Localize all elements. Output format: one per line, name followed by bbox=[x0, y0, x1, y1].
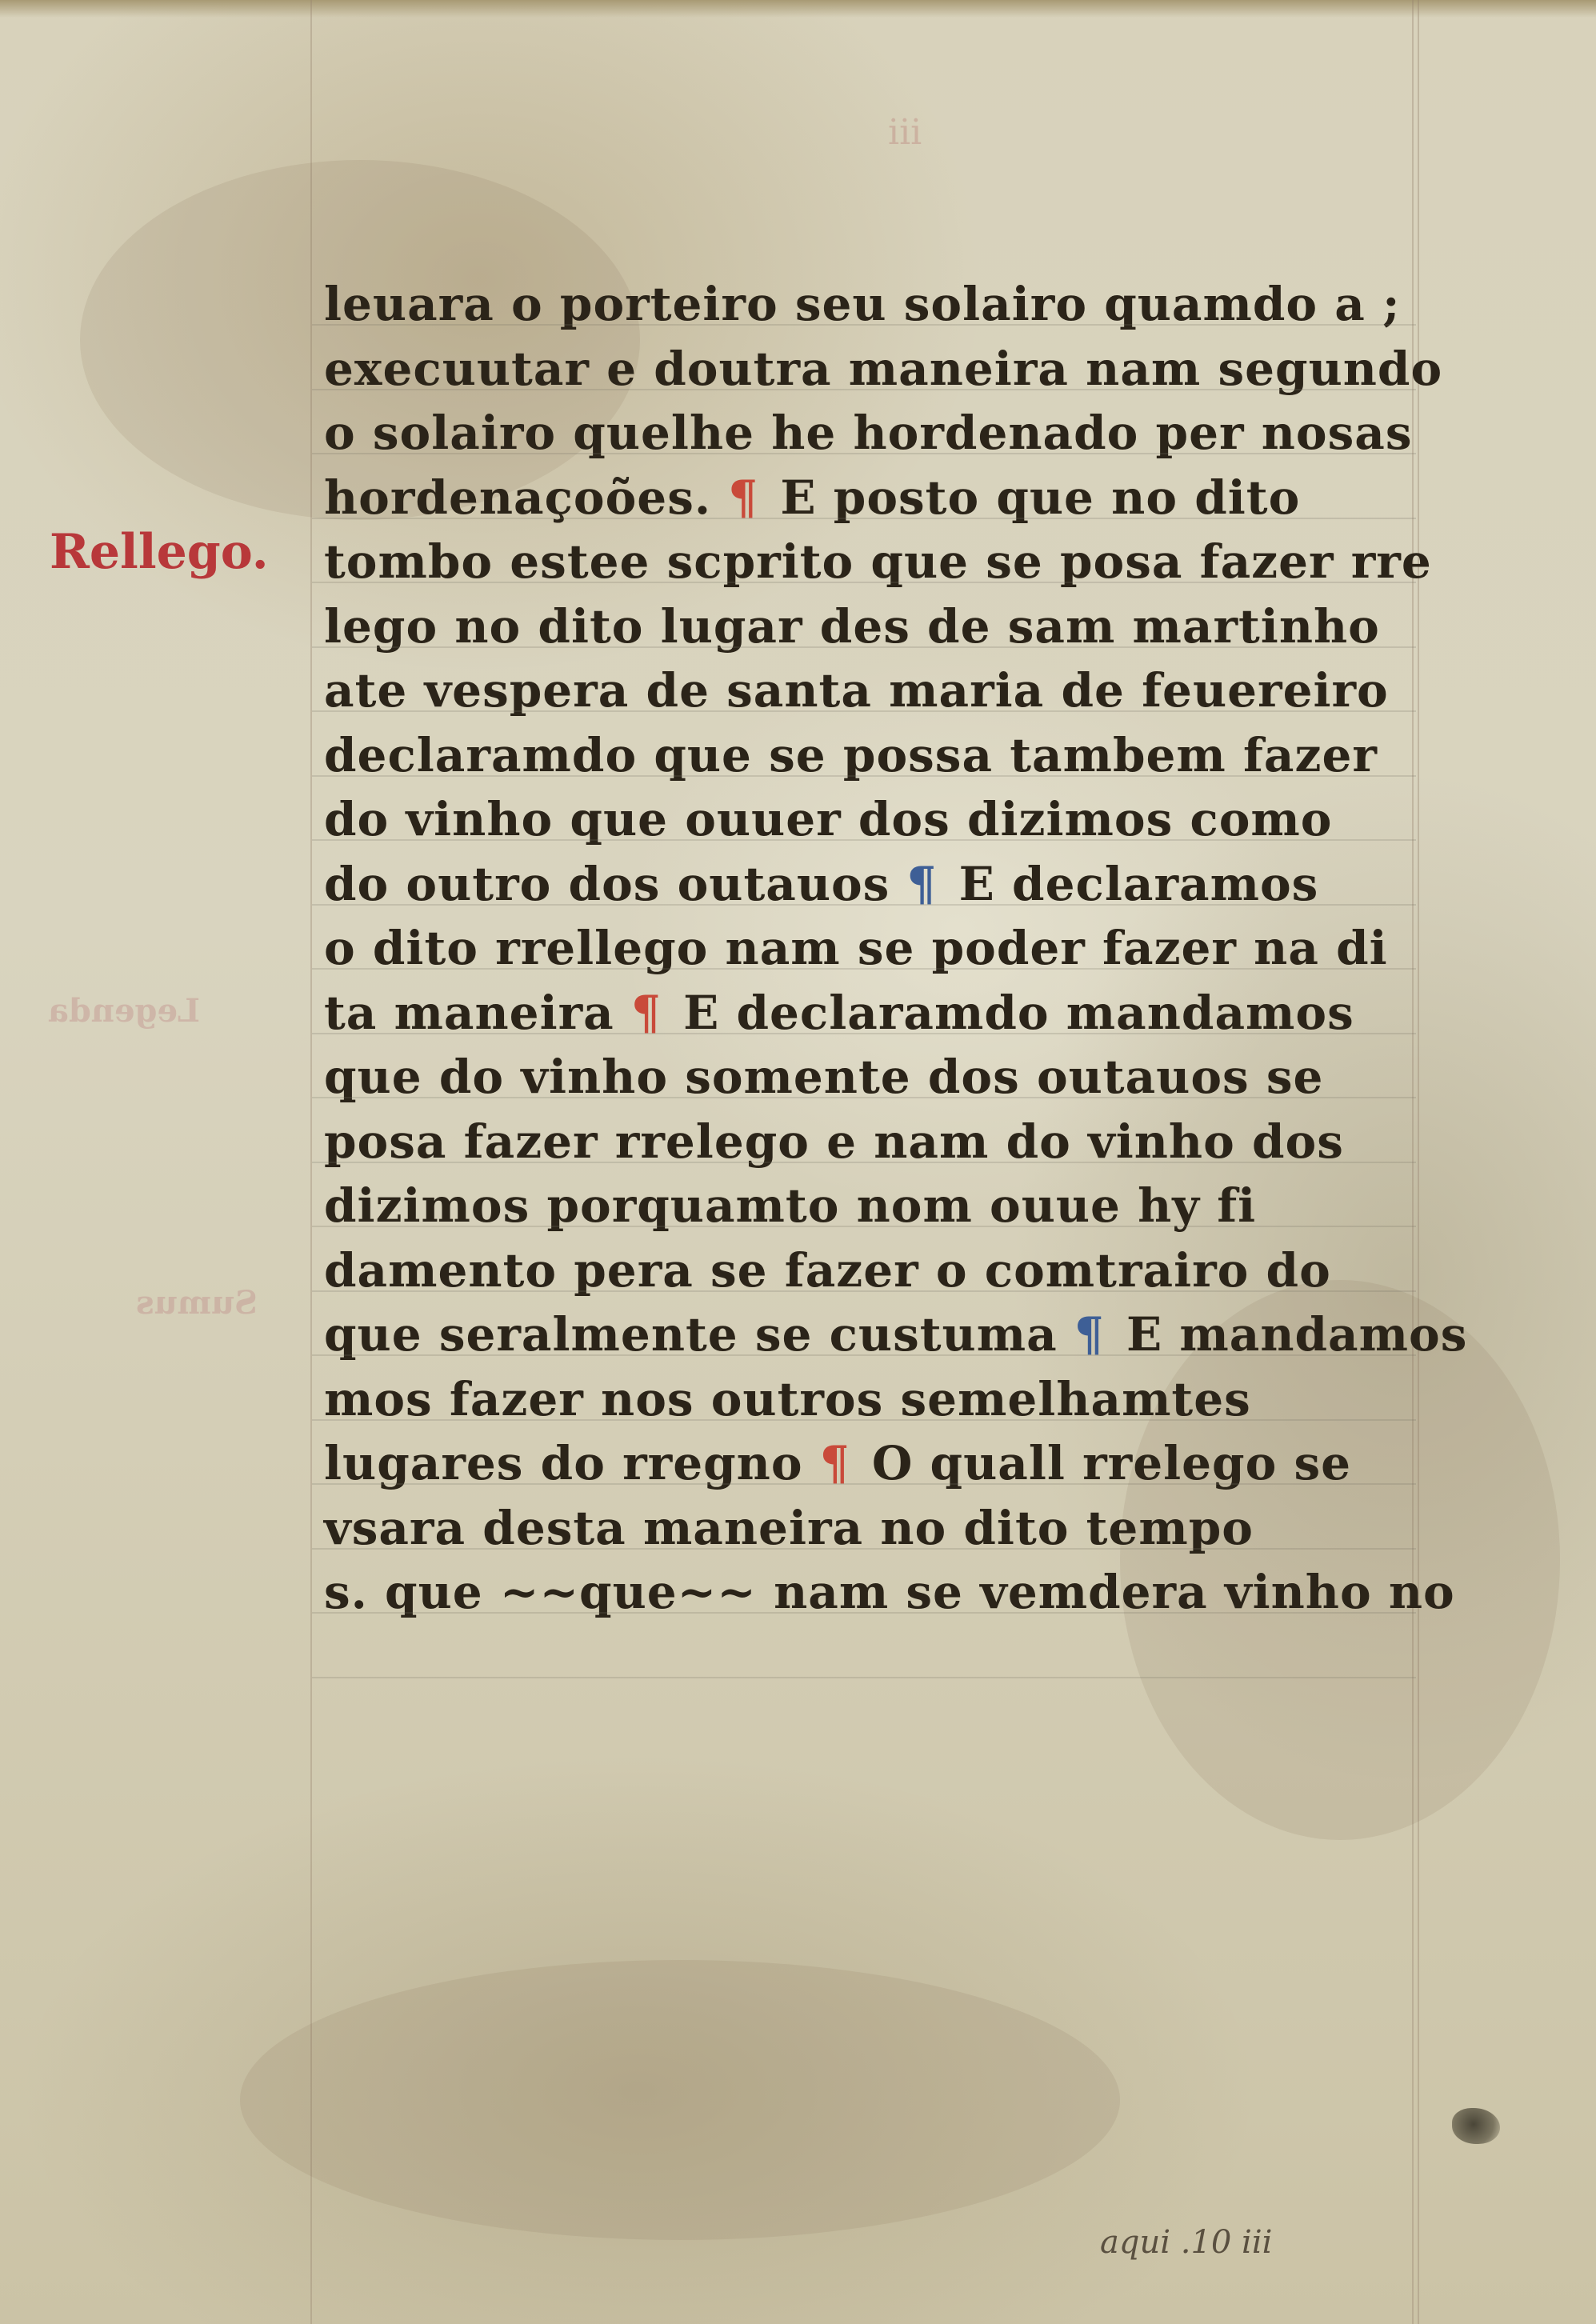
text-line: vsara desta maneira no dito tempo bbox=[324, 1496, 1444, 1561]
show-through-text: Sumus bbox=[136, 1284, 258, 1322]
marginal-rubric: Rellego. bbox=[50, 524, 269, 580]
horizontal-ruling-line bbox=[312, 518, 1416, 519]
page-top-edge bbox=[0, 0, 1596, 18]
paraph-mark-red: ¶ bbox=[631, 981, 662, 1046]
line-text: E mandamos bbox=[1126, 1307, 1467, 1362]
text-line: do outro dos outauos ¶ E declaramos bbox=[324, 852, 1444, 917]
show-through-text: Legenda bbox=[48, 992, 200, 1030]
text-line: declaramdo que se possa tambem fazer bbox=[324, 723, 1444, 788]
horizontal-ruling-line bbox=[312, 968, 1416, 970]
text-line: ate vespera de santa maria de feuereiro bbox=[324, 658, 1444, 723]
paraph-mark-blue: ¶ bbox=[1074, 1302, 1105, 1367]
horizontal-ruling-line bbox=[312, 389, 1416, 390]
horizontal-ruling-line bbox=[312, 1419, 1416, 1421]
line-text: lugares do rregno bbox=[324, 1436, 803, 1490]
horizontal-ruling-line bbox=[312, 1290, 1416, 1292]
text-line: tombo estee scprito que se posa fazer rr… bbox=[324, 530, 1444, 594]
text-line: o solairo quelhe he hordenado per nosas bbox=[324, 401, 1444, 466]
horizontal-ruling-line bbox=[312, 1677, 1416, 1678]
horizontal-ruling-line bbox=[312, 1483, 1416, 1485]
text-line: que seralmente se custuma ¶ E mandamos bbox=[324, 1302, 1444, 1367]
horizontal-ruling-line bbox=[312, 1033, 1416, 1034]
line-text: O quall rrelego se bbox=[872, 1436, 1351, 1490]
line-text: que seralmente se custuma bbox=[324, 1307, 1058, 1362]
paraph-mark-red: ¶ bbox=[820, 1431, 850, 1496]
text-line: hordenaçoões. ¶ E posto que no dito bbox=[324, 466, 1444, 530]
horizontal-ruling-line bbox=[312, 646, 1416, 648]
stain bbox=[240, 1960, 1120, 2240]
text-line: damento pera se fazer o comtrairo do bbox=[324, 1238, 1444, 1303]
horizontal-ruling-line bbox=[312, 1548, 1416, 1550]
text-line: leuara o porteiro seu solairo quamdo a ; bbox=[324, 272, 1444, 337]
horizontal-ruling-line bbox=[312, 710, 1416, 712]
folio-number: iii bbox=[888, 112, 922, 153]
text-block: leuara o porteiro seu solairo quamdo a ;… bbox=[324, 272, 1444, 1625]
line-text: hordenaçoões. bbox=[324, 470, 711, 525]
text-line: lugares do rregno ¶ O quall rrelego se bbox=[324, 1431, 1444, 1496]
text-line: ta maneira ¶ E declaramdo mandamos bbox=[324, 981, 1444, 1046]
horizontal-ruling-line bbox=[312, 1354, 1416, 1356]
horizontal-ruling-line bbox=[312, 775, 1416, 777]
bottom-annotation: aqui .10 iii bbox=[1100, 2224, 1272, 2261]
horizontal-ruling-line bbox=[312, 1097, 1416, 1098]
parchment-hole bbox=[1452, 2108, 1500, 2144]
line-text: ta maneira bbox=[324, 986, 614, 1040]
horizontal-ruling-line bbox=[312, 1162, 1416, 1163]
text-line: execuutar e doutra maneira nam segundo bbox=[324, 337, 1444, 402]
text-line: lego no dito lugar des de sam martinho bbox=[324, 594, 1444, 659]
paraph-mark-red: ¶ bbox=[728, 466, 758, 530]
horizontal-ruling-line bbox=[312, 1226, 1416, 1227]
text-line: o dito rrellego nam se poder fazer na di bbox=[324, 916, 1444, 981]
horizontal-ruling-line bbox=[312, 904, 1416, 906]
line-text: E declaramos bbox=[959, 857, 1319, 911]
paraph-mark-blue: ¶ bbox=[907, 852, 938, 917]
horizontal-ruling-line bbox=[312, 1612, 1416, 1614]
text-line: dizimos porquamto nom ouue hy fi bbox=[324, 1174, 1444, 1238]
line-text: do outro dos outauos bbox=[324, 857, 890, 911]
horizontal-ruling-line bbox=[312, 324, 1416, 326]
text-line: mos fazer nos outros semelhamtes bbox=[324, 1367, 1444, 1432]
text-line: que do vinho somente dos outauos se bbox=[324, 1045, 1444, 1110]
horizontal-ruling-line bbox=[312, 839, 1416, 841]
text-line: posa fazer rrelego e nam do vinho dos bbox=[324, 1110, 1444, 1174]
horizontal-ruling-line bbox=[312, 453, 1416, 454]
line-text: E declaramdo mandamos bbox=[683, 986, 1354, 1040]
manuscript-page: iii Rellego. Legenda Sumus leuara o port… bbox=[0, 0, 1596, 2324]
horizontal-ruling-line bbox=[312, 582, 1416, 583]
line-text: E posto que no dito bbox=[780, 470, 1300, 525]
text-line: s. que ~~que~~ nam se vemdera vinho no bbox=[324, 1560, 1444, 1625]
text-line: do vinho que ouuer dos dizimos como bbox=[324, 787, 1444, 852]
